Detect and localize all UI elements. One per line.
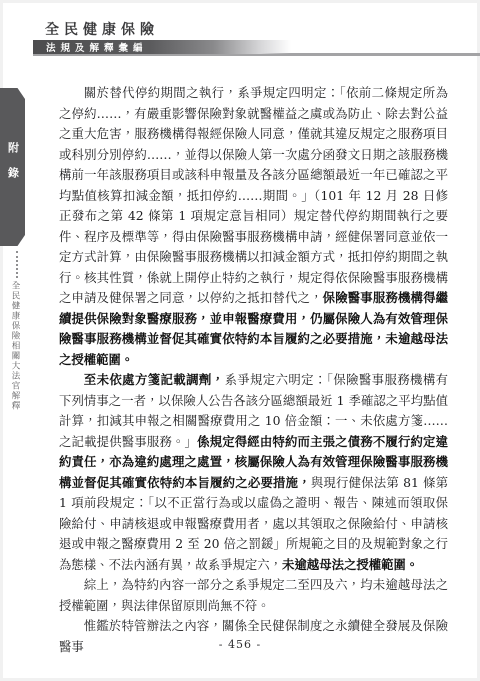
paragraph: 關於替代停約期間之執行，系爭規定四明定：「依前二條規定所為之停約……，有嚴重影響… [59,83,448,370]
subtitle-banner-label: 法規及解釋彙編 [33,40,148,54]
emphasized-text: 未逾越母法之授權範圍。 [282,557,418,572]
body-text: 關於替代停約期間之執行，系爭規定四明定：「依前二條規定所為之停約……，有嚴重影響… [59,83,448,657]
appendix-tab: 附錄 [0,88,25,246]
section-label: 全民健康保險相關大法官解釋 [9,281,21,411]
text-run: 關於替代停約期間之執行，系爭規定四明定：「依前二條規定所為之停約……，有嚴重影響… [59,85,448,305]
emphasized-text: 至未依處方箋記載調劑， [84,372,225,387]
dotted-separator [16,251,18,278]
text-run: 綜上，為特約內容一部分之系爭規定二至四及六，均未逾越母法之授權範圍，與法律保留原… [59,577,448,613]
page-title: 全民健康保險 [45,19,159,39]
paragraph: 綜上，為特約內容一部分之系爭規定二至四及六，均未逾越母法之授權範圍，與法律保留原… [59,575,448,616]
paragraph: 至未依處方箋記載調劑，系爭規定六明定：「保險醫事服務機構有下列情事之一者，以保險… [59,370,448,575]
appendix-tab-label: 附錄 [5,142,21,192]
page-number: - 456 - [0,638,480,651]
document-page: 全民健康保險 法規及解釋彙編 附錄 全民健康保險相關大法官解釋 關於替代停約期間… [0,0,480,681]
subtitle-banner: 法規及解釋彙編 [33,40,291,54]
